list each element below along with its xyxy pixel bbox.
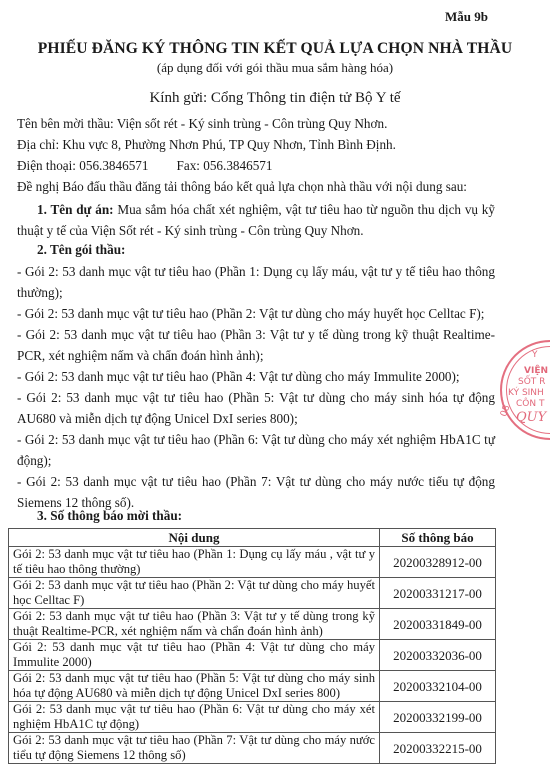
table-row: Gói 2: 53 danh mục vật tư tiêu hao (Phần… (9, 671, 496, 702)
row-content: Gói 2: 53 danh mục vật tư tiêu hao (Phần… (9, 733, 380, 764)
row-number: 20200332199-00 (380, 702, 496, 733)
row-content: Gói 2: 53 danh mục vật tư tiêu hao (Phần… (9, 640, 380, 671)
table-header-row: Nội dung Số thông báo (9, 529, 496, 547)
section-project-label: 1. Tên dự án: (37, 202, 114, 217)
section-notice-heading: 3. Số thông báo mời thầu: (37, 508, 182, 524)
phone: Điện thoại: 056.3846571 (17, 158, 149, 173)
inviter-line: Tên bên mời thầu: Viện sốt rét - Ký sinh… (17, 116, 387, 132)
stamp-text: VIỆN (524, 366, 548, 376)
package-item: - Gói 2: 53 danh mục vật tư tiêu hao (Ph… (17, 324, 495, 366)
row-number: 20200332104-00 (380, 671, 496, 702)
header-number: Số thông báo (380, 529, 496, 547)
table-row: Gói 2: 53 danh mục vật tư tiêu hao (Phần… (9, 733, 496, 764)
contact-line: Điện thoại: 056.3846571Fax: 056.3846571 (17, 158, 272, 174)
stamp-text: CÔN T (516, 399, 544, 409)
package-item: - Gói 2: 53 danh mục vật tư tiêu hao (Ph… (17, 366, 495, 387)
stamp-text: Y (532, 350, 538, 360)
section-project: 1. Tên dự án: Mua sắm hóa chất xét nghiệ… (17, 199, 495, 241)
document-subtitle: (áp dụng đối với gói thầu mua sắm hàng h… (0, 60, 550, 76)
package-item: - Gói 2: 53 danh mục vật tư tiêu hao (Ph… (17, 261, 495, 303)
row-content: Gói 2: 53 danh mục vật tư tiêu hao (Phần… (9, 671, 380, 702)
stamp-text: 08 (499, 404, 512, 418)
table-row: Gói 2: 53 danh mục vật tư tiêu hao (Phần… (9, 578, 496, 609)
address-line: Địa chỉ: Khu vực 8, Phường Nhơn Phú, TP … (17, 137, 396, 153)
stamp-text: SỐT R (518, 377, 545, 387)
table-row: Gói 2: 53 danh mục vật tư tiêu hao (Phần… (9, 702, 496, 733)
package-item: - Gói 2: 53 danh mục vật tư tiêu hao (Ph… (17, 429, 495, 471)
row-number: 20200331217-00 (380, 578, 496, 609)
table-row: Gói 2: 53 danh mục vật tư tiêu hao (Phần… (9, 640, 496, 671)
package-item: - Gói 2: 53 danh mục vật tư tiêu hao (Ph… (17, 471, 495, 513)
table-row: Gói 2: 53 danh mục vật tư tiêu hao (Phần… (9, 547, 496, 578)
row-content: Gói 2: 53 danh mục vật tư tiêu hao (Phần… (9, 702, 380, 733)
recipient: Kính gửi: Cổng Thông tin điện tử Bộ Y tế (0, 90, 550, 107)
section-packages-heading: 2. Tên gói thầu: (37, 242, 125, 258)
row-content: Gói 2: 53 danh mục vật tư tiêu hao (Phần… (9, 578, 380, 609)
stamp-text: QUY (516, 410, 546, 425)
table-row: Gói 2: 53 danh mục vật tư tiêu hao (Phần… (9, 609, 496, 640)
package-list: - Gói 2: 53 danh mục vật tư tiêu hao (Ph… (17, 261, 495, 513)
official-seal-stamp: Y VIỆN SỐT R KÝ SINH CÔN T QUY 08 (500, 340, 550, 440)
row-content: Gói 2: 53 danh mục vật tư tiêu hao (Phần… (9, 609, 380, 640)
row-number: 20200328912-00 (380, 547, 496, 578)
row-number: 20200332215-00 (380, 733, 496, 764)
row-content: Gói 2: 53 danh mục vật tư tiêu hao (Phần… (9, 547, 380, 578)
header-content: Nội dung (9, 529, 380, 547)
package-item: - Gói 2: 53 danh mục vật tư tiêu hao (Ph… (17, 303, 495, 324)
package-item: - Gói 2: 53 danh mục vật tư tiêu hao (Ph… (17, 387, 495, 429)
row-number: 20200331849-00 (380, 609, 496, 640)
fax: Fax: 056.3846571 (177, 158, 273, 173)
notice-table: Nội dung Số thông báo Gói 2: 53 danh mục… (8, 528, 496, 764)
row-number: 20200332036-00 (380, 640, 496, 671)
form-code: Mẫu 9b (445, 9, 488, 25)
document-title: PHIẾU ĐĂNG KÝ THÔNG TIN KẾT QUẢ LỰA CHỌN… (0, 40, 550, 58)
request-line: Đề nghị Báo đấu thầu đăng tải thông báo … (17, 179, 467, 195)
stamp-text: KÝ SINH (508, 388, 544, 398)
